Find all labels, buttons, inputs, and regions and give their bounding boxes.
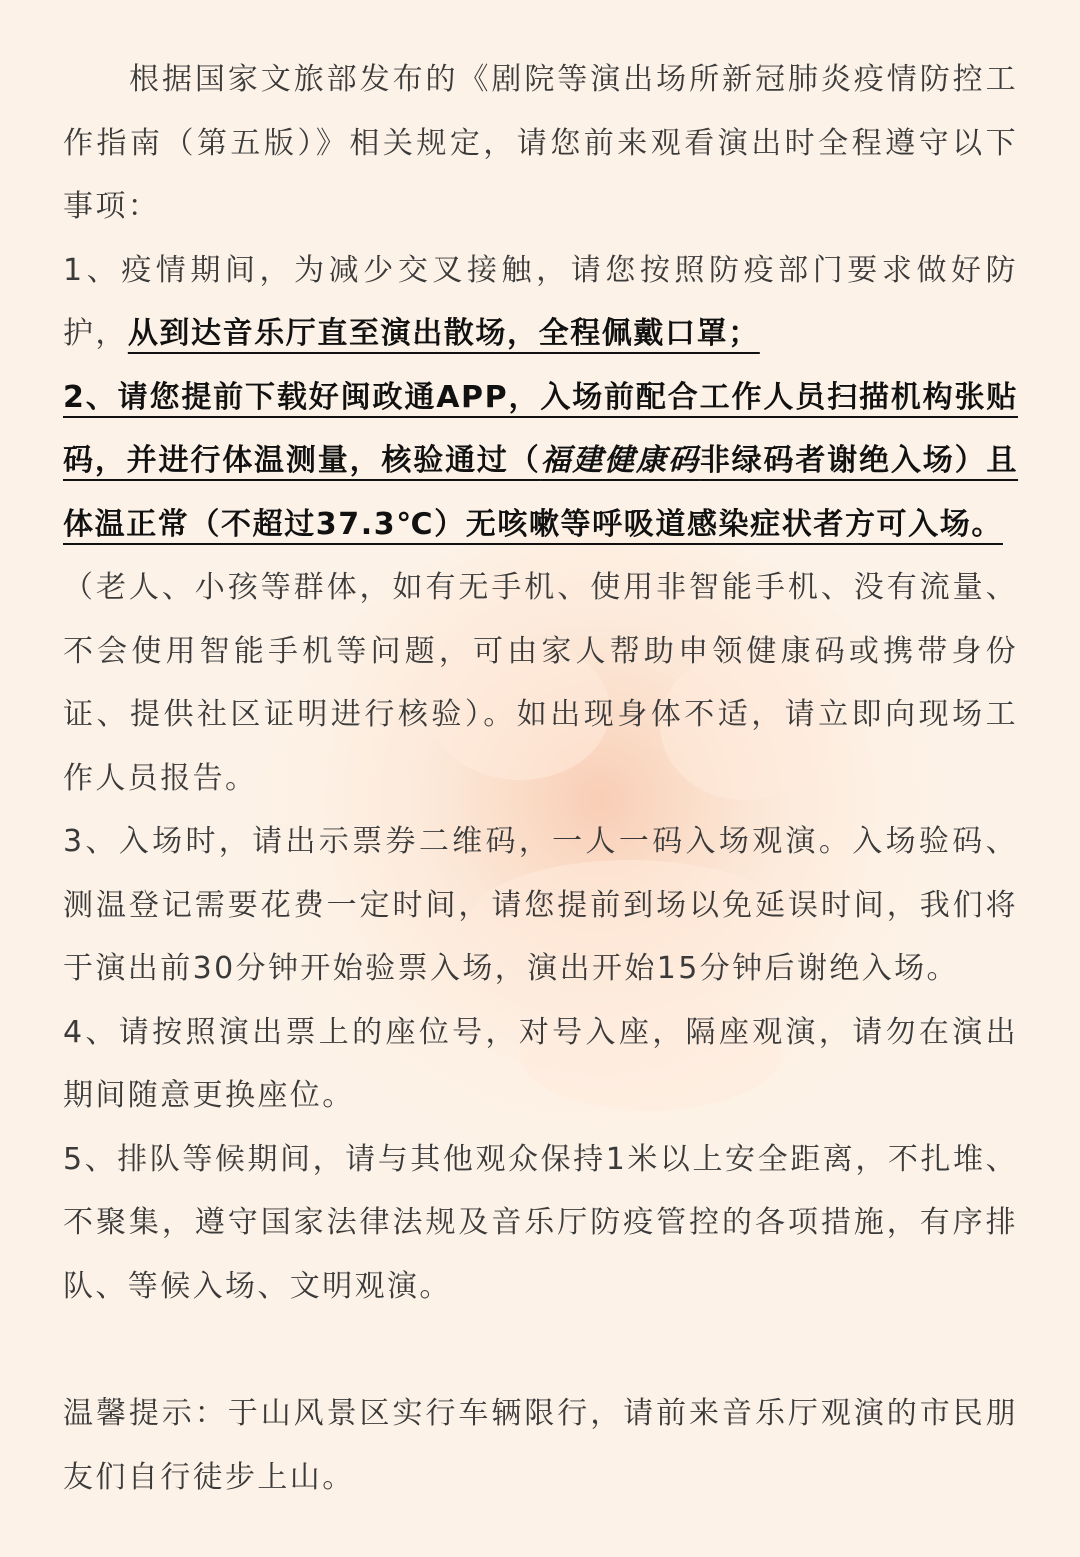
intro-paragraph: 根据国家文旅部发布的《剧院等演出场所新冠肺炎疫情防控工作指南（第五版）》相关规定… (63, 48, 1018, 239)
warm-tip: 温馨提示：于山风景区实行车辆限行，请前来音乐厅观演的市民朋友们自行徒步上山。 (63, 1382, 1018, 1509)
item-2-note: （老人、小孩等群体，如有无手机、使用非智能手机、没有流量、不会使用智能手机等问题… (63, 556, 1018, 810)
health-code-name: 福建健康码 (541, 443, 700, 478)
item-2: 2、请您提前下载好闽政通APP，入场前配合工作人员扫描机构张贴码，并进行体温测量… (63, 366, 1018, 557)
item-2-emphasis: 2、请您提前下载好闽政通APP，入场前配合工作人员扫描机构张贴码，并进行体温测量… (63, 380, 1018, 542)
item-1-emphasis: 从到达音乐厅直至演出散场，全程佩戴口罩； (128, 316, 760, 351)
item-5: 5、排队等候期间，请与其他观众保持1米以上安全距离，不扎堆、不聚集，遵守国家法律… (63, 1128, 1018, 1319)
item-4: 4、请按照演出票上的座位号，对号入座，隔座观演，请勿在演出期间随意更换座位。 (63, 1001, 1018, 1128)
item-1: 1、疫情期间，为减少交叉接触，请您按照防疫部门要求做好防护，从到达音乐厅直至演出… (63, 239, 1018, 366)
spacer (63, 1318, 1018, 1382)
notice-document: 根据国家文旅部发布的《剧院等演出场所新冠肺炎疫情防控工作指南（第五版）》相关规定… (63, 48, 1018, 1509)
item-3: 3、入场时，请出示票券二维码，一人一码入场观演。入场验码、测温登记需要花费一定时… (63, 810, 1018, 1001)
